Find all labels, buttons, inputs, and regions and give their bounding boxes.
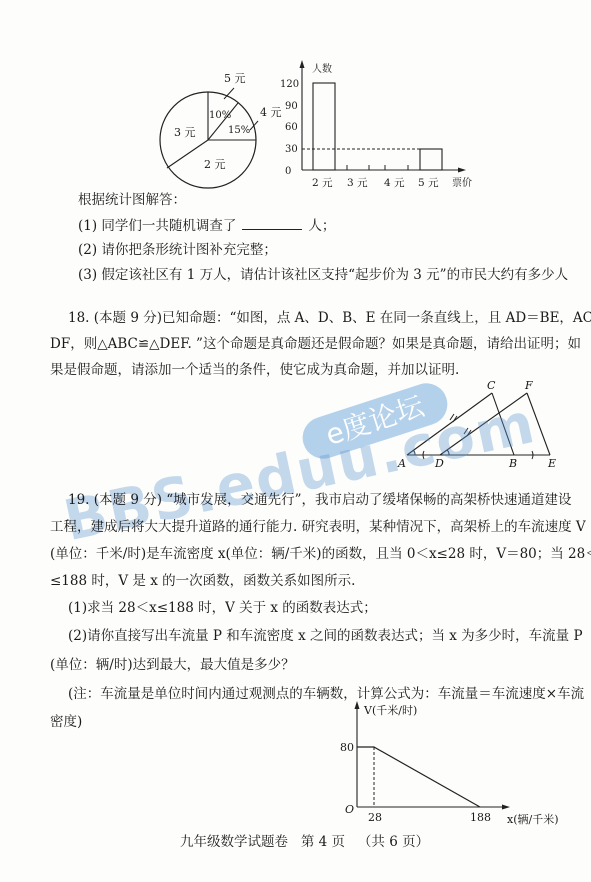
svg-text:90: 90: [285, 101, 298, 112]
q17-prompt: 根据统计图解答：: [78, 190, 186, 210]
pie-chart: 5 元 10% 4 元 15% 3 元 2 元: [150, 60, 290, 190]
svg-text:B: B: [508, 457, 517, 470]
bar-2yuan: [313, 83, 335, 170]
svg-text:5 元: 5 元: [418, 177, 439, 189]
svg-text:80: 80: [340, 741, 354, 754]
svg-text:E: E: [547, 457, 556, 470]
bar-5yuan: [420, 149, 442, 170]
q19-sub1: (1)求当 28＜x≤188 时，V 关于 x 的函数表达式；: [50, 595, 580, 622]
q17-item-3: (3) 假定该社区有 1 万人，请估计该社区支持“起步价为 3 元”的市民大约有…: [78, 265, 568, 285]
svg-text:D: D: [434, 457, 444, 470]
q18-text: 18. (本题 9 分)已知命题：“如图，点 A、D、B、E 在同一条直线上，且…: [50, 305, 570, 383]
graph-x-label: x(辆/千米): [507, 812, 559, 826]
svg-text:A: A: [397, 457, 406, 470]
pie-label-2yuan: 2 元: [204, 158, 226, 171]
pie-label-4yuan: 4 元: [260, 106, 282, 119]
svg-text:188: 188: [470, 811, 491, 824]
footer-page: 第 4 页: [301, 834, 345, 850]
svg-text:C: C: [487, 379, 496, 392]
svg-text:0: 0: [285, 166, 291, 177]
svg-text:2 元: 2 元: [312, 177, 333, 189]
q17-item-2: (2) 请你把条形统计图补充完整；: [78, 240, 277, 260]
svg-text:O: O: [345, 803, 354, 816]
speed-density-graph: V(千米/时) 80 O 28 188 x(辆/千米): [320, 690, 580, 830]
pie-label-5yuan: 5 元: [224, 72, 246, 85]
svg-text:4 元: 4 元: [384, 177, 405, 189]
svg-text:3 元: 3 元: [347, 177, 368, 189]
answer-blank[interactable]: [242, 215, 302, 230]
svg-text:60: 60: [285, 122, 298, 133]
bar-y-label: 人数: [312, 62, 332, 75]
pie-label-3yuan: 3 元: [174, 126, 196, 139]
svg-text:120: 120: [280, 79, 299, 90]
graph-y-label: V(千米/时): [363, 703, 417, 717]
bar-chart: 人数 0 30 60 90 120 2 元 3 元 4 元 5 元 票价: [280, 50, 480, 190]
triangle-figure: A D B E C F: [380, 375, 570, 475]
q17-item-1: (1) 同学们一共随机调查了人；: [78, 215, 335, 236]
page-footer: 九年级数学试题卷 第 4 页 （共 6 页）: [180, 832, 429, 852]
pie-pct-5yuan: 10%: [209, 110, 231, 121]
svg-text:F: F: [524, 379, 533, 392]
bar-x-label: 票价: [452, 176, 472, 189]
footer-total: （共 6 页）: [358, 834, 429, 850]
footer-title: 九年级数学试题卷: [180, 834, 288, 850]
pie-pct-4yuan: 15%: [228, 125, 250, 136]
svg-text:28: 28: [368, 811, 382, 824]
svg-text:30: 30: [285, 144, 298, 155]
q19-sub2: (2)请你直接写出车流量 P 和车流密度 x 之间的函数表达式；当 x 为多少时…: [50, 622, 580, 651]
